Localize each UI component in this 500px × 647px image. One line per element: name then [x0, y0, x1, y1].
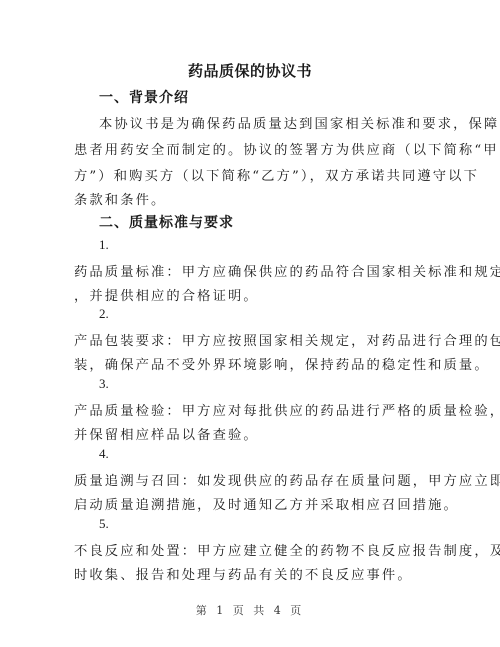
- item-line: 装，确保产品不受外界环境影响，保持药品的稳定性和质量。: [74, 354, 419, 373]
- item-line: 质量追溯与召回：如发现供应的药品存在质量问题，甲方应立即: [74, 470, 419, 489]
- section-heading-background: 一、背景介绍: [99, 87, 189, 107]
- section-heading-quality: 二、质量标准与要求: [99, 212, 234, 232]
- paragraph-line: 本协议书是为确保药品质量达到国家相关标准和要求，保障: [99, 113, 419, 132]
- item-line: 药品质量标准：甲方应确保供应的药品符合国家相关标准和规定: [74, 261, 419, 280]
- paragraph-line: 患者用药安全而制定的。协议的签署方为供应商（以下简称“甲: [74, 139, 419, 158]
- item-line: 启动质量追溯措施，及时通知乙方并采取相应召回措施。: [74, 494, 419, 513]
- paragraph-line: 条款和条件。: [74, 189, 419, 208]
- page-footer: 第 1 页 共 4 页: [0, 602, 500, 618]
- paragraph-line: 方”）和购买方（以下简称“乙方”），双方承诺共同遵守以下: [74, 165, 419, 184]
- item-number: 3.: [99, 376, 109, 392]
- item-line: ，并提供相应的合格证明。: [74, 285, 419, 304]
- item-line: 产品质量检验：甲方应对每批供应的药品进行严格的质量检验，: [74, 400, 419, 419]
- item-number: 4.: [99, 446, 109, 462]
- item-number: 5.: [99, 516, 109, 532]
- document-title: 药品质保的协议书: [0, 60, 500, 81]
- item-number: 1.: [99, 237, 109, 253]
- item-line: 产品包装要求：甲方应按照国家相关规定，对药品进行合理的包: [74, 330, 419, 349]
- document-page: 药品质保的协议书 一、背景介绍 本协议书是为确保药品质量达到国家相关标准和要求，…: [0, 0, 500, 647]
- item-number: 2.: [99, 306, 109, 322]
- item-line: 不良反应和处置：甲方应建立健全的药物不良反应报告制度，及: [74, 540, 419, 559]
- item-line: 并保留相应样品以备查验。: [74, 424, 419, 443]
- item-line: 时收集、报告和处理与药品有关的不良反应事件。: [74, 564, 419, 583]
